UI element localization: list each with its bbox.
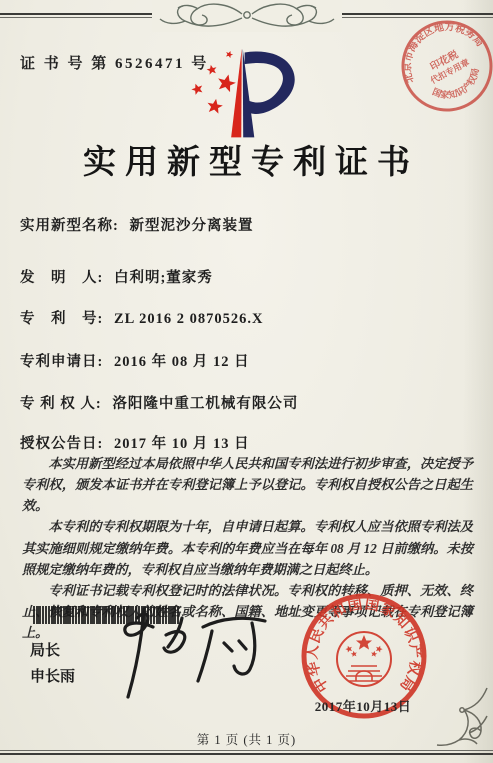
body-paragraph-2: 本专利的专利权期限为十年，自申请日起算。专利权人应当依照专利法及其实施细则规定缴…: [22, 516, 473, 579]
body-paragraph-1: 本实用新型经过本局依照中华人民共和国专利法进行初步审查，决定授予专利权，颁发本证…: [22, 453, 473, 516]
field-label: 实用新型名称:: [20, 218, 119, 234]
field-patent-number: 专 利 号: ZL 2016 2 0870526.X: [20, 307, 263, 328]
field-label: 专 利 号:: [20, 311, 103, 327]
field-grant-publication-date: 授权公告日: 2017 年 10 月 13 日: [20, 432, 250, 453]
scan-edge-shadow: [463, 0, 493, 763]
field-label: 专利申请日:: [20, 354, 103, 370]
bottom-border-line-thin: [0, 750, 493, 751]
signer-title: 局长: [30, 639, 60, 660]
signer-name: 申长雨: [30, 665, 75, 686]
sipo-logo-icon: [181, 44, 316, 142]
top-border-ornament-icon: [152, 0, 342, 32]
field-patentee: 专 利 权 人: 洛阳隆中重工机械有限公司: [20, 392, 298, 413]
field-label: 专 利 权 人:: [20, 396, 102, 412]
page-number: 第 1 页 (共 1 页): [0, 730, 493, 748]
field-label: 发 明 人:: [20, 270, 103, 286]
field-value: 2017 年 10 月 13 日: [114, 436, 250, 452]
field-value: 白利明;董家秀: [114, 270, 213, 286]
patent-certificate-page: 证 书 号 第 6526471 号 北京市海淀区地方税务局 国家知识产权局 印花…: [0, 0, 493, 763]
field-label: 授权公告日:: [20, 436, 103, 452]
field-inventor: 发 明 人: 白利明;董家秀: [20, 266, 213, 287]
field-utility-model-name: 实用新型名称: 新型泥沙分离装置: [20, 214, 253, 235]
field-value: 新型泥沙分离装置: [129, 218, 253, 234]
field-application-date: 专利申请日: 2016 年 08 月 12 日: [20, 350, 250, 371]
field-value: 洛阳隆中重工机械有限公司: [112, 396, 298, 412]
bottom-border-line: [0, 753, 493, 755]
certificate-title: 实用新型专利证书: [0, 136, 493, 183]
field-value: ZL 2016 2 0870526.X: [114, 311, 264, 327]
seal-national-emblem: [337, 632, 391, 686]
seal-date: 2017年10月13日: [303, 696, 423, 715]
director-signature-icon: [103, 606, 275, 702]
tax-stamp-seal-icon: 北京市海淀区地方税务局 国家知识产权局 印花税 代扣专用章: [379, 0, 493, 134]
field-value: 2016 年 08 月 12 日: [114, 354, 250, 370]
